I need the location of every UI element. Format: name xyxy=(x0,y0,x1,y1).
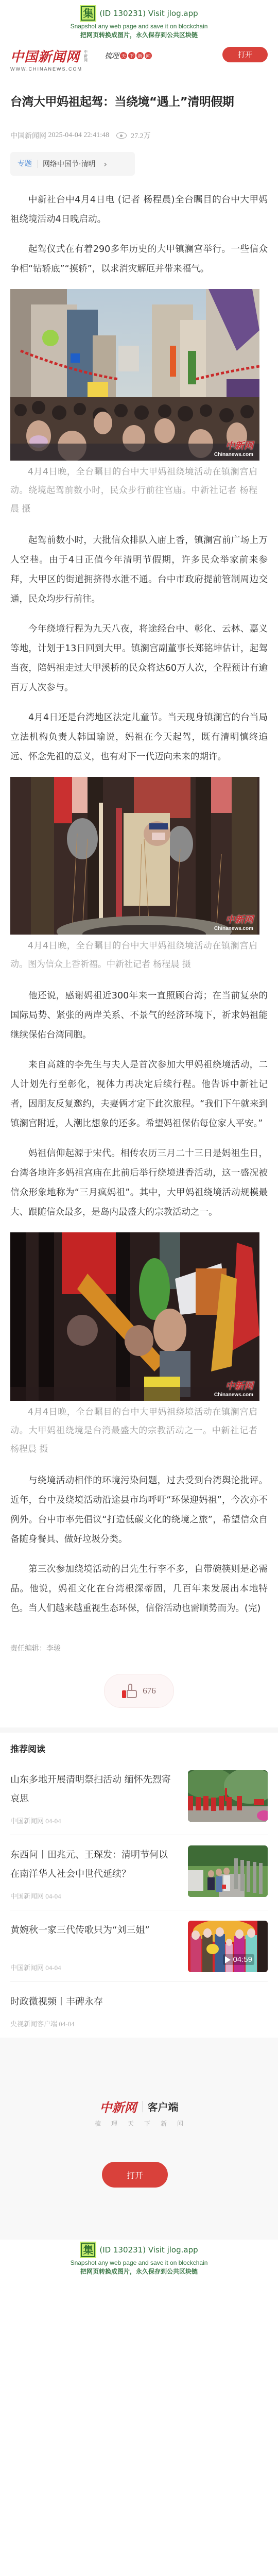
recommended-item[interactable]: 时政微视频丨丰碑永存 央视新闻客户端 04-04 xyxy=(10,1982,268,2038)
jlog-badge-icon: 集 xyxy=(80,5,96,22)
photo-watermark: 中新网 Chinanews.com xyxy=(214,438,253,457)
article-source: 中国新闻网 xyxy=(10,130,46,141)
paragraph: 妈祖信仰起源于宋代。相传农历三月二十三日是妈祖生日，台湾各地许多妈祖宫庙在此前后… xyxy=(10,1144,268,1222)
photo-caption: 4月4日晚，全台瞩目的台中大甲妈祖绕境活动在镇澜宫启动。图为信众上香祈福。中新社… xyxy=(10,937,268,974)
recommended-title: 推荐阅读 xyxy=(10,1742,268,1755)
incense-offering-image xyxy=(10,777,259,935)
open-app-button-footer[interactable]: 打开 xyxy=(102,2162,168,2188)
paragraph: 今年绕境行程为九天八夜，将途经台中、彰化、云林、嘉义等地，计划于13日回到大甲。… xyxy=(10,619,268,698)
photo-watermark: 中新网 Chinanews.com xyxy=(214,912,253,931)
recommended-source: 央视新闻客户端 04-04 xyxy=(10,2019,268,2028)
jlog-id-text[interactable]: (ID 130231) Visit jlog.app xyxy=(99,2245,198,2255)
photo-caption: 4月4日晚，全台瞩目的台中大甲妈祖绕境活动在镇澜宫启动。大甲妈祖绕境是台湾最盛大… xyxy=(10,1403,268,1459)
procession-flags-image xyxy=(10,1232,259,1401)
eye-icon xyxy=(116,132,127,139)
recommended-headline: 黄婉秋一家三代传歌只为“刘三姐” xyxy=(10,1921,175,1940)
thumbs-up-icon xyxy=(122,1684,137,1698)
article-datetime: 2025-04-04 22:41:48 xyxy=(48,131,110,140)
recommended-reading: 推荐阅读 山东多地开展清明祭扫活动 缅怀先烈寄哀思 中国新闻网 04-04 东西… xyxy=(0,1742,278,2038)
video-duration: 04:59 xyxy=(223,1954,254,1965)
article-photo-incense[interactable]: 中新网 Chinanews.com xyxy=(10,777,259,935)
recommended-thumbnail xyxy=(188,1770,268,1822)
paragraph: 他还说，感谢妈祖近300年来一直照顾台湾；在当前复杂的国际局势、紧张的两岸关系、… xyxy=(10,986,268,1045)
photo-watermark: 中新网 Chinanews.com xyxy=(214,1379,253,1398)
paragraph: 第三次参加绕境活动的吕先生行李不多，自带碗筷则是必需品。他说，妈祖文化在台湾根深… xyxy=(10,1560,268,1618)
article-meta: 中国新闻网 2025-04-04 22:41:48 27.2万 xyxy=(10,130,268,141)
article: 台湾大甲妈祖起驾：当绕境“遇上”清明假期 中国新闻网 2025-04-04 22… xyxy=(0,89,278,1708)
paragraph: 起驾仪式在有着290多年历史的大甲镇澜宫举行。一些信众争相“钻轿底”“摸轿”，以… xyxy=(10,240,268,279)
jlog-banner-bottom: 集 (ID 130231) Visit jlog.app Snapshot an… xyxy=(0,2240,278,2279)
paragraph: 中新社台中4月4日电 (记者 杨程晨)全台瞩目的台中大甲妈祖绕境活动4日晚启动。 xyxy=(10,190,268,229)
play-icon xyxy=(225,1956,231,1963)
recommended-headline: 山东多地开展清明祭扫活动 缅怀先烈寄哀思 xyxy=(10,1770,175,1808)
site-header: 中国新闻网 中新网 WWW.CHINANEWS.COM 梳理 天 下 新 闻 打… xyxy=(0,42,278,79)
article-photo-procession[interactable]: 中新网 Chinanews.com xyxy=(10,1232,259,1401)
recommended-item[interactable]: 黄婉秋一家三代传歌只为“刘三姐” 中国新闻网 04-04 xyxy=(10,1910,268,1982)
recommended-video-thumbnail[interactable]: 04:59 xyxy=(188,1921,268,1972)
slogan-circle: 天 xyxy=(120,52,127,59)
recommended-headline: 时政微视频丨丰碑永存 xyxy=(10,1992,268,2011)
recommended-source: 中国新闻网 04-04 xyxy=(10,1816,175,1825)
footer-logo: 中新网 客户端 xyxy=(0,2097,278,2115)
view-count: 27.2万 xyxy=(131,130,151,141)
slogan-circle: 新 xyxy=(136,52,144,59)
jlog-badge-icon: 集 xyxy=(80,2242,96,2258)
jlog-tagline-cn: 把网页转换成图片，永久保存到公共区块链 xyxy=(0,2267,278,2276)
recommended-item[interactable]: 东西问丨田兆元、王琛发：清明节何以在南洋华人社会中世代延续？ 中国新闻网 04-… xyxy=(10,1835,268,1910)
photo-caption: 4月4日晚，全台瞩目的台中大甲妈祖绕境活动在镇澜宫启动。绕境起驾前数小时，民众步… xyxy=(10,463,268,518)
recommended-source: 中国新闻网 04-04 xyxy=(10,1891,175,1901)
open-app-button[interactable]: 打开 xyxy=(222,47,268,62)
section-divider xyxy=(0,1727,278,1733)
jlog-tagline-cn: 把网页转换成图片，永久保存到公共区块链 xyxy=(0,30,278,39)
topic-tag: 专题 xyxy=(18,160,38,168)
jlog-tagline-en: Snapshot any web page and save it on blo… xyxy=(0,23,278,30)
topic-name: 网络中国节·清明 xyxy=(43,159,95,169)
like-count: 676 xyxy=(143,1686,156,1696)
article-body: 中新社台中4月4日电 (记者 杨程晨)全台瞩目的台中大甲妈祖绕境活动4日晚启动。… xyxy=(10,190,268,1618)
responsible-editor: 责任编辑：李骏 xyxy=(10,1643,268,1653)
paragraph: 4月4日还是台湾地区法定儿童节。当天现身镇澜宫的台当局立法机构负责人韩国瑜说，妈… xyxy=(10,708,268,767)
logo-mini-text: 中新网 xyxy=(84,50,89,62)
recommended-thumbnail xyxy=(188,1845,268,1897)
slogan-circle: 闻 xyxy=(145,52,152,59)
topic-link[interactable]: 专题 网络中国节·清明 › xyxy=(10,152,135,176)
logo-text: 中国新闻网 xyxy=(10,46,80,65)
recommended-source: 中国新闻网 04-04 xyxy=(10,1962,175,1972)
app-promo-footer: 中新网 客户端 梳理天下新闻 xyxy=(0,2038,278,2154)
paragraph: 与绕境活动相伴的环境污染问题，过去受到台湾舆论批评。近年，台中及绕境活动沿途县市… xyxy=(10,1471,268,1549)
jlog-tagline-en: Snapshot any web page and save it on blo… xyxy=(0,2259,278,2266)
slogan-circle: 下 xyxy=(128,52,135,59)
slogan: 梳理 天 下 新 闻 xyxy=(105,50,152,61)
recommended-item[interactable]: 山东多地开展清明祭扫活动 缅怀先烈寄哀思 中国新闻网 04-04 xyxy=(10,1760,268,1835)
recommended-headline: 东西问丨田兆元、王琛发：清明节何以在南洋华人社会中世代延续？ xyxy=(10,1845,175,1884)
street-crowd-image xyxy=(10,289,259,461)
like-button[interactable]: 676 xyxy=(104,1674,174,1708)
footer-tagline: 梳理天下新闻 xyxy=(0,2119,278,2128)
chinanews-logo[interactable]: 中国新闻网 中新网 WWW.CHINANEWS.COM xyxy=(10,46,89,72)
chevron-right-icon: › xyxy=(103,159,107,169)
article-photo-street-crowd[interactable]: 中新网 Chinanews.com xyxy=(10,289,259,461)
jlog-banner-top: 集 (ID 130231) Visit jlog.app Snapshot an… xyxy=(0,0,278,42)
jlog-id-text[interactable]: (ID 130231) Visit jlog.app xyxy=(99,9,198,18)
article-title: 台湾大甲妈祖起驾：当绕境“遇上”清明假期 xyxy=(10,89,268,116)
logo-url: WWW.CHINANEWS.COM xyxy=(10,66,89,72)
paragraph: 来自高雄的李先生与夫人是首次参加大甲妈祖绕境活动，二人计划先行至彰化，视体力再决… xyxy=(10,1055,268,1133)
paragraph: 起驾前数小时，大批信众排队入庙上香，镇澜宫前广场上万人空巷。由于4日正值今年清明… xyxy=(10,531,268,609)
